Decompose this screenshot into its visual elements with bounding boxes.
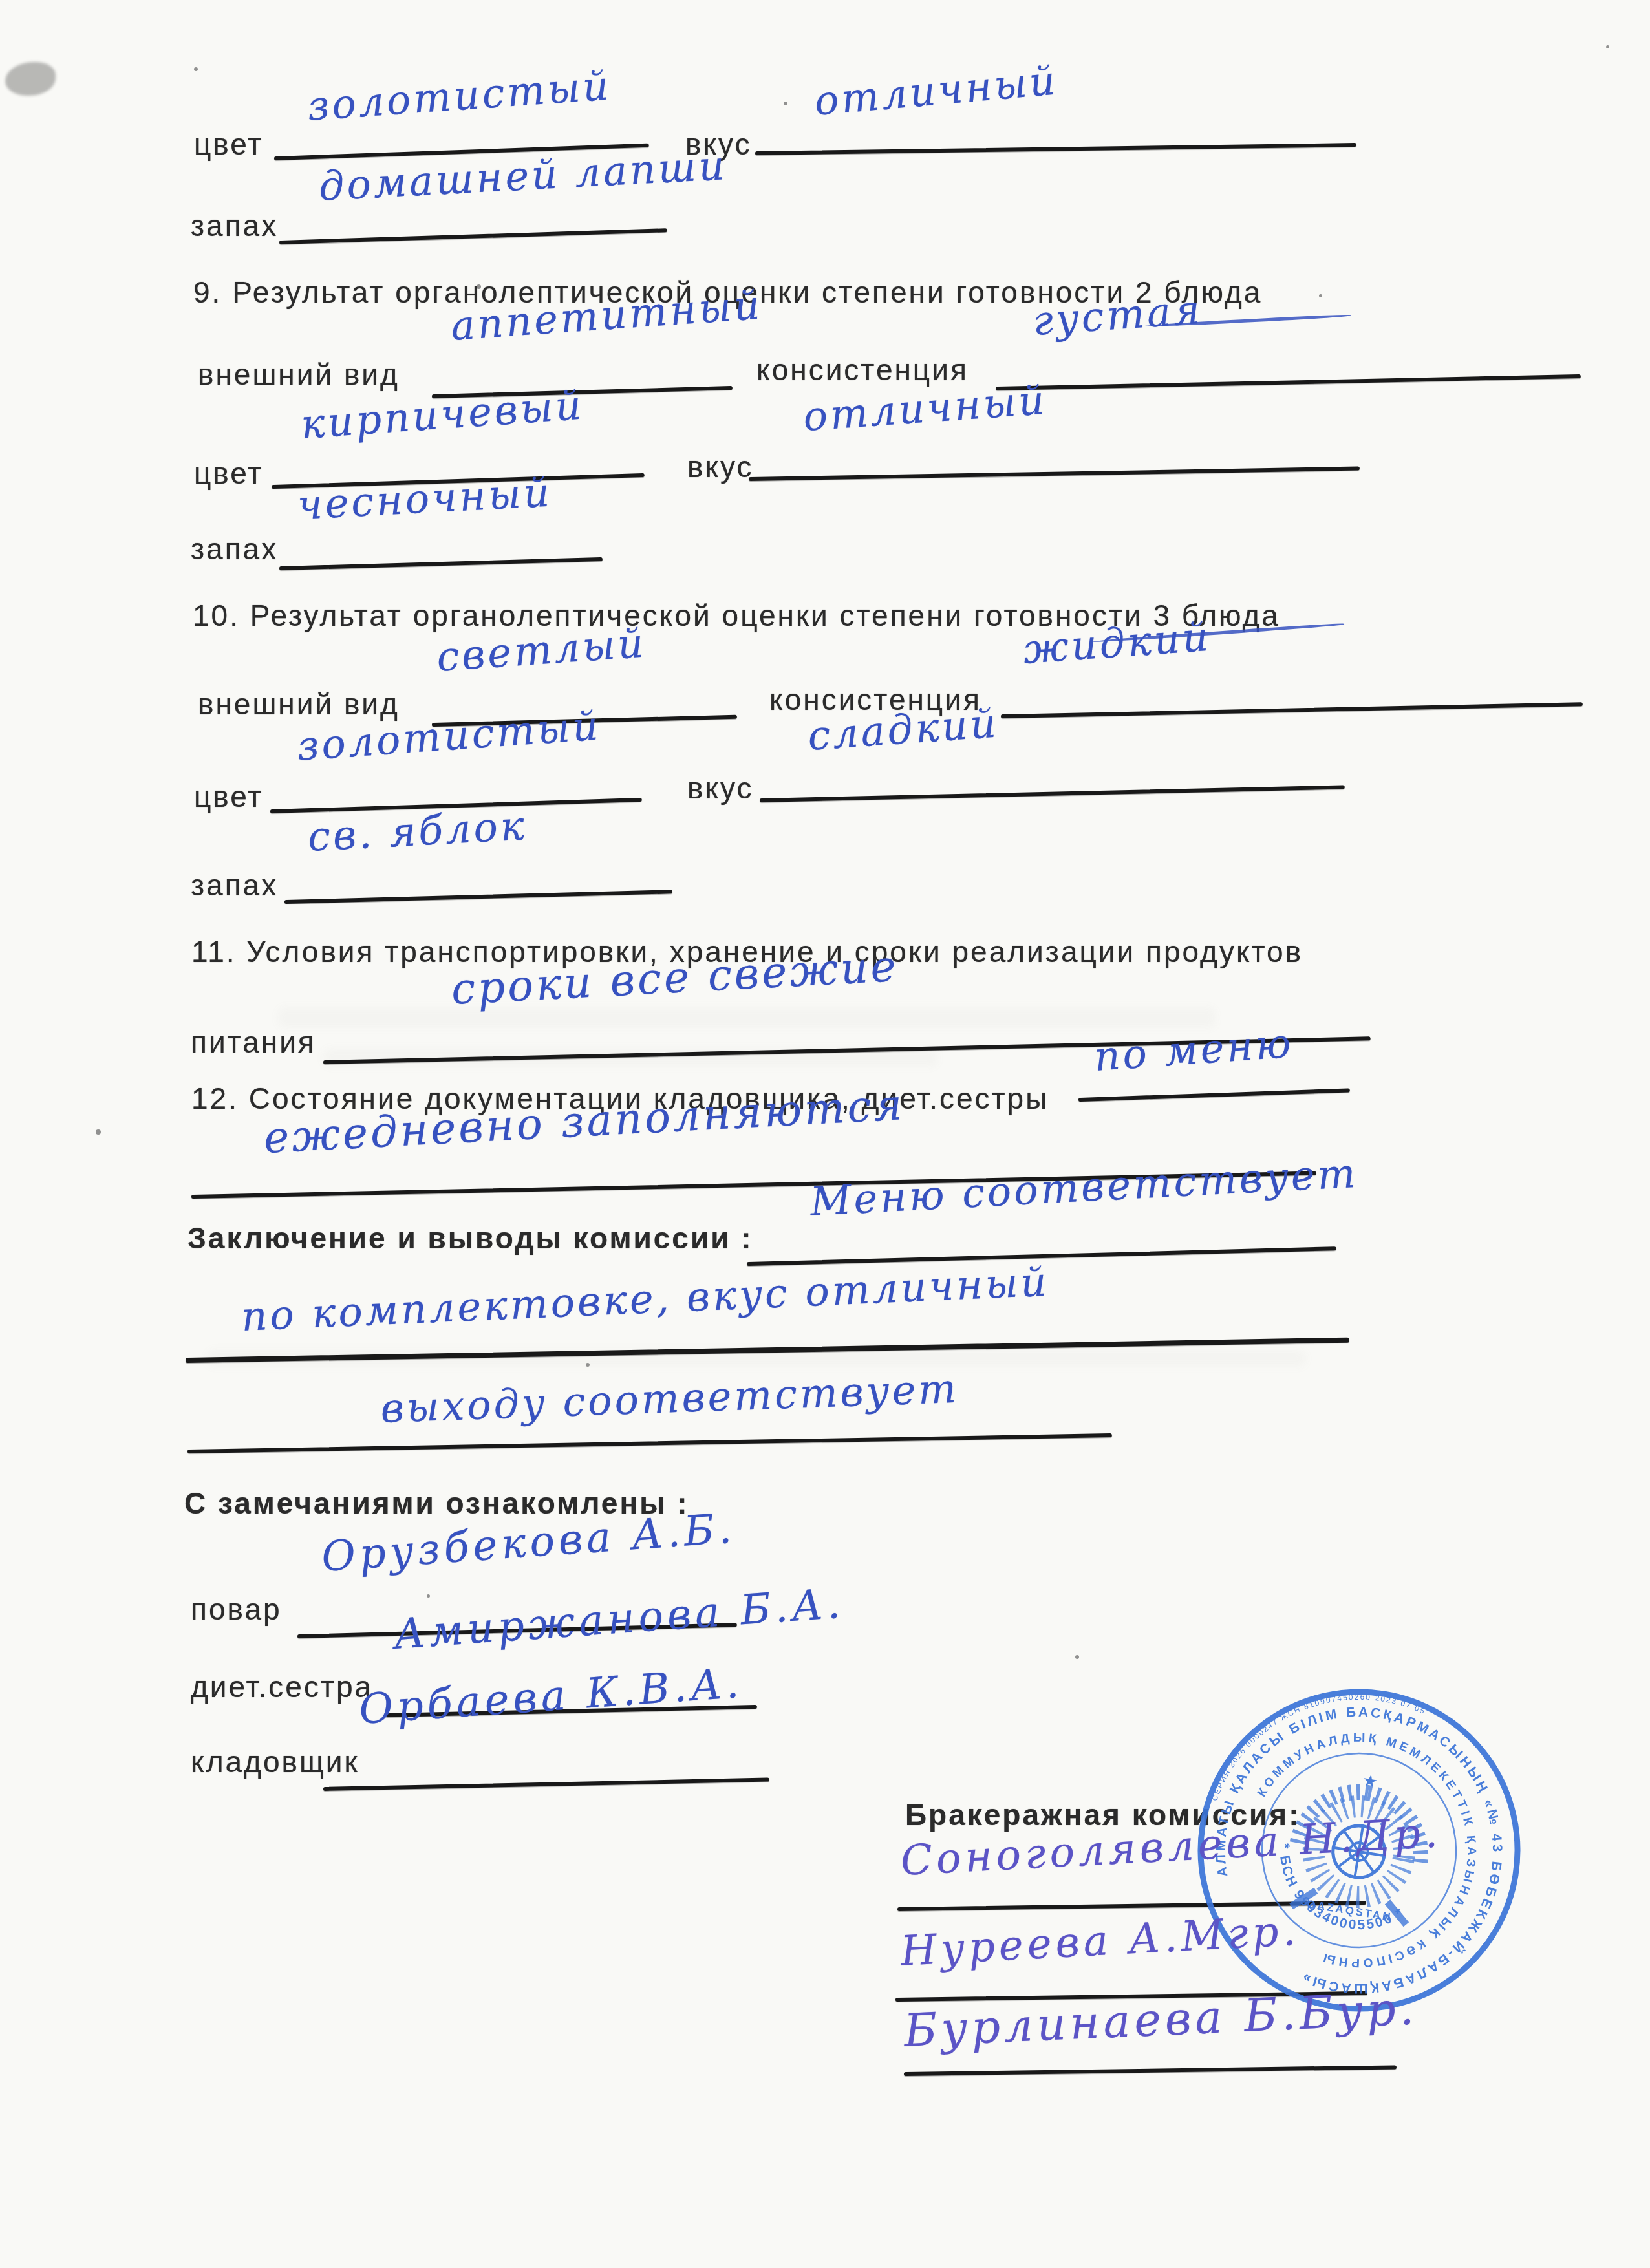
handwritten-conclusion-3: выходу соответствует	[380, 1365, 959, 1432]
blank-line	[996, 374, 1581, 390]
field-label-pitaniya: питания	[191, 1025, 316, 1060]
blank-line	[279, 228, 667, 244]
scan-speck	[194, 67, 198, 71]
blank-line	[323, 1778, 769, 1791]
blank-line	[1001, 702, 1583, 718]
scan-speck	[1075, 1655, 1079, 1659]
field-label-povar: повар	[191, 1592, 282, 1627]
kladovshik-signature: Орбаева К.В.А.	[358, 1660, 744, 1734]
scan-speck	[1319, 294, 1322, 297]
blank-line	[279, 557, 603, 570]
field-label-diet-sestra: диет.сестра	[191, 1669, 373, 1704]
blank-line	[284, 890, 672, 904]
field-label-cvet-9: цвет	[194, 456, 263, 491]
field-label-zapah-10: запах	[191, 868, 278, 903]
blank-line	[187, 1433, 1112, 1453]
scan-smudge	[5, 62, 56, 96]
field-label-zapah-9: запах	[191, 531, 278, 566]
blank-line	[755, 143, 1356, 155]
conclusion-label: Заключение и выводы комиссии :	[187, 1221, 753, 1256]
scan-speck	[1606, 45, 1609, 48]
handwritten-zapah-9: чесночный	[296, 468, 553, 529]
handwritten-vkus-prev: отличный	[813, 56, 1060, 125]
blank-line	[904, 2065, 1397, 2076]
diet-sestra-signature: Амиржанова Б.А.	[392, 1580, 846, 1659]
blank-line	[749, 467, 1360, 481]
field-label-zapah-prev: запах	[191, 208, 278, 243]
scan-speck	[96, 1129, 101, 1135]
field-label-kladovshik: кладовщик	[191, 1744, 359, 1779]
field-label-vid-10: внешний вид	[198, 687, 400, 722]
bleed-through-ghost	[278, 1007, 1216, 1028]
scan-speck	[427, 1594, 430, 1598]
blank-line	[760, 785, 1345, 802]
field-label-cvet-prev: цвет	[194, 127, 263, 162]
field-label-kons-9: консистенция	[756, 352, 969, 387]
scanned-document-page: цвет золотистый вкус отличный запах дома…	[0, 0, 1650, 2268]
handwritten-zapah-prev: домашней лапши	[317, 142, 728, 210]
field-label-vid-9: внешний вид	[198, 357, 400, 392]
field-label-cvet-10: цвет	[194, 779, 263, 814]
handwritten-s12-line1: по меню	[1093, 1020, 1295, 1080]
scan-speck	[784, 102, 787, 105]
field-label-vkus-9: вкус	[687, 449, 754, 484]
blank-line	[1078, 1088, 1350, 1102]
field-label-vkus-10: вкус	[687, 771, 754, 806]
handwritten-cvet-prev: золотистый	[306, 61, 613, 130]
commission-signature-3: Бурлинаева Б.Бур.	[903, 1982, 1419, 2057]
handwritten-conclusion-1: Меню соответствует	[809, 1150, 1359, 1225]
handwritten-conclusion-2: по комплектовке, вкус отличный	[241, 1258, 1050, 1340]
